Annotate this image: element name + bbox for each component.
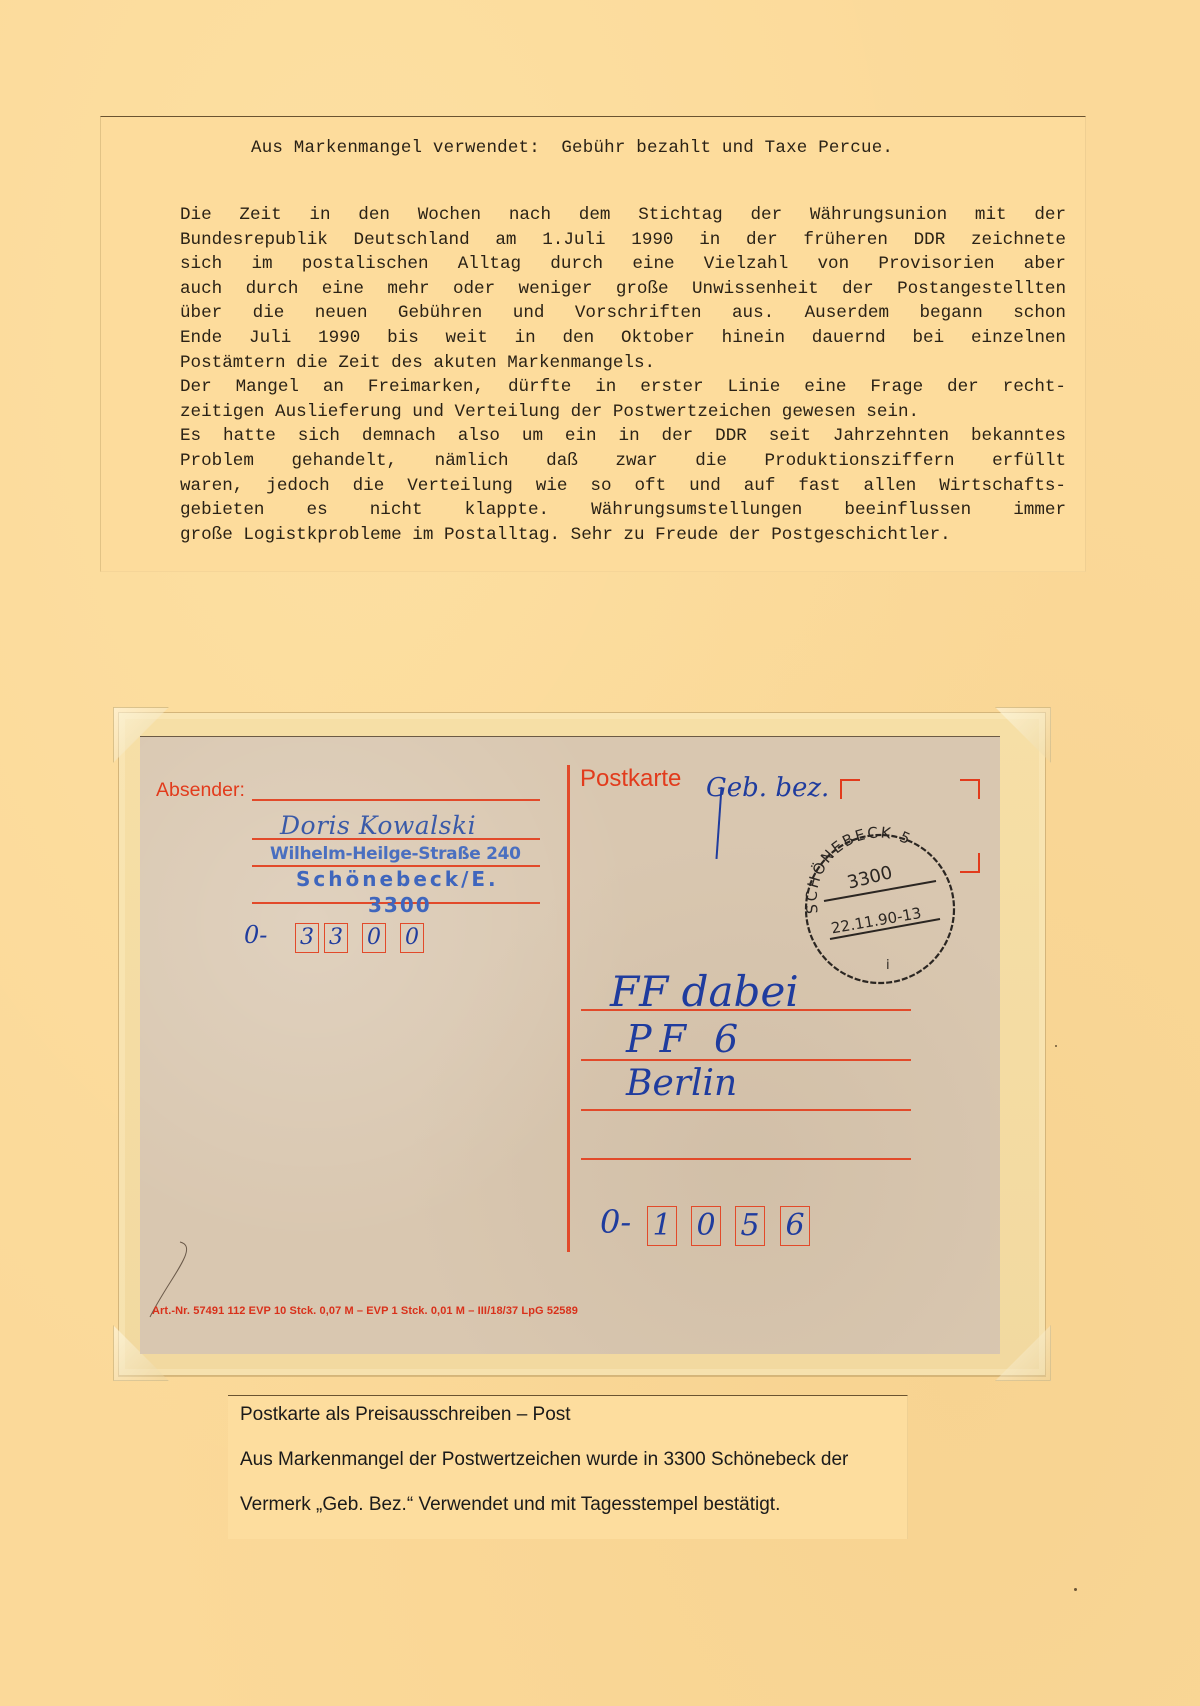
stamp-area-corner [840, 779, 860, 799]
recipient-postcode-box: 5 [735, 1206, 765, 1246]
panel-body-line: auch durch eine mehr oder weniger große … [180, 277, 1066, 302]
sender-street-stamp: Wilhelm-Heilge-Straße 240 [270, 844, 521, 864]
recipient-postcode-box: 0 [691, 1206, 721, 1246]
sender-zip-stamp: 3300 [368, 893, 432, 917]
sender-postcode-prefix: 0- [244, 921, 267, 949]
panel-body: Die Zeit in den Wochen nach dem Stichtag… [180, 203, 1066, 547]
panel-body-line: Ende Juli 1990 bis weit in den Oktober h… [180, 326, 1066, 351]
postcard: Absender: Doris Kowalski Wilhelm-Heilge-… [140, 736, 1000, 1354]
recipient-rule [581, 1059, 911, 1061]
caption-box: Postkarte als Preisausschreiben – Post A… [228, 1395, 908, 1539]
panel-body-line: Der Mangel an Freimarken, dürfte in erst… [180, 375, 1066, 400]
panel-body-line: waren, jedoch die Verteilung wie so oft … [180, 474, 1066, 499]
panel-body-line: sich im postalischen Alltag durch eine V… [180, 252, 1066, 277]
postmark-date: 22.11.90-13 [830, 904, 923, 938]
sender-postcode-box: 3 [324, 923, 348, 953]
recipient-rule [581, 1158, 911, 1160]
sender-postcode-box: 0 [362, 923, 386, 953]
caption-line-2: Aus Markenmangel der Postwertzeichen wur… [240, 1449, 848, 1471]
stamp-area-corner [960, 779, 980, 799]
panel-body-line: Postämtern die Zeit des akuten Markenman… [180, 351, 1066, 376]
panel-body-line: Problem gehandelt, nämlich daß zwar die … [180, 449, 1066, 474]
panel-body-line: Bundesrepublik Deutschland am 1.Juli 199… [180, 228, 1066, 253]
panel-body-line: Die Zeit in den Wochen nach dem Stichtag… [180, 203, 1066, 228]
panel-body-line: Es hatte sich demnach also um ein in der… [180, 424, 1066, 449]
recipient-line-2: PF 6 [626, 1017, 746, 1061]
address-rule [252, 799, 540, 801]
panel-body-line: zeitigen Auslieferung und Verteilung der… [180, 400, 1066, 425]
postmark-cancel: SCHÖNEBECK 5 3300 22.11.90-13 i [790, 817, 970, 997]
recipient-rule [581, 1109, 911, 1111]
recipient-postcode-box: 6 [780, 1206, 810, 1246]
panel-body-line: große Logistkprobleme im Postalltag. Seh… [180, 523, 1066, 548]
postkarte-label: Postkarte [580, 765, 681, 793]
paper-speck [1074, 1588, 1077, 1591]
art-nr-imprint: Art.-Nr. 57491 112 EVP 10 Stck. 0,07 M –… [152, 1305, 578, 1317]
paper-speck [1055, 1045, 1057, 1047]
recipient-line-3: Berlin [626, 1063, 737, 1104]
absender-label: Absender: [156, 779, 245, 802]
recipient-rule [581, 1009, 911, 1011]
caption-line-3: Vermerk „Geb. Bez.“ Verwendet und mit Ta… [240, 1494, 780, 1516]
recipient-postcode-box: 1 [647, 1206, 677, 1246]
panel-title: Aus Markenmangel verwendet: Gebühr bezah… [251, 138, 893, 158]
panel-body-line: über die neuen Gebühren und Vorschriften… [180, 301, 1066, 326]
description-panel: Aus Markenmangel verwendet: Gebühr bezah… [100, 116, 1086, 572]
sender-postcode-box: 0 [400, 923, 424, 953]
mount-corner [995, 1325, 1051, 1381]
postmark-letter: i [886, 958, 890, 973]
caption-title: Postkarte als Preisausschreiben – Post [240, 1404, 571, 1426]
mount-corner [995, 707, 1051, 763]
card-divider [567, 765, 570, 1252]
sender-name-stamp: Doris Kowalski [280, 811, 476, 840]
sender-postcode-box: 3 [295, 923, 319, 953]
panel-body-line: gebieten es nicht klappte. Währungsumste… [180, 498, 1066, 523]
recipient-postcode-prefix: 0- [600, 1203, 631, 1241]
handwritten-geb-bez: Geb. bez. [706, 773, 829, 803]
sender-city-stamp: Schönebeck/E. [296, 867, 499, 891]
